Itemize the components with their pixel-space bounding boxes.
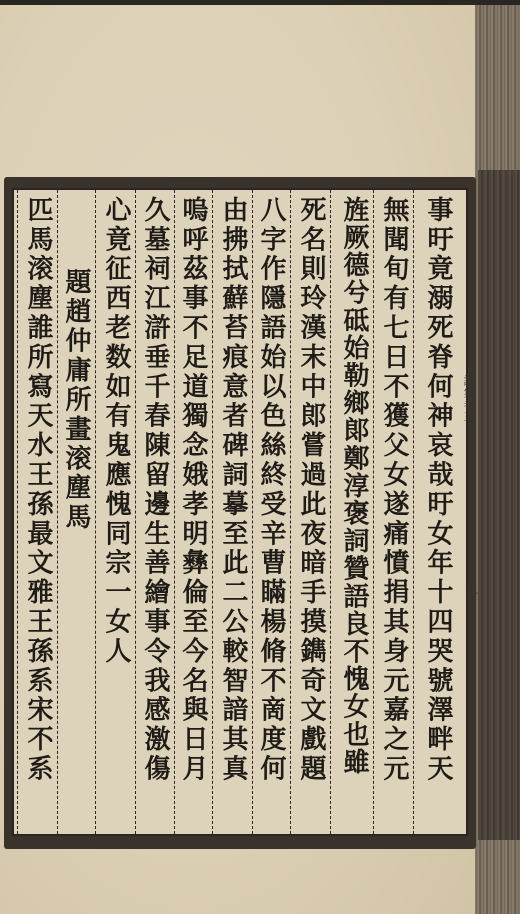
text-column-7: 嗚呼茲事不足道獨念娥孝明彝倫至今名與日月 — [174, 190, 212, 834]
column-text: 由拂拭蘚苔痕意者碑詞摹至此二公較智諳其真 — [213, 196, 252, 784]
column-text: 旌厥德兮砥始勒鄉郞鄭淳褒詞贊語良不愧女也雖 — [331, 196, 373, 776]
text-column-6: 由拂拭蘚苔痕意者碑詞摹至此二公較智諳其真 — [212, 190, 252, 834]
text-column-4: 死名則玲漢末中郎嘗過此夜暗手摸鐫奇文戲題 — [290, 190, 330, 834]
column-text: 事旴竟溺死脊何神哀哉旴女年十四哭號澤畔天 — [414, 196, 457, 784]
book-fore-edge-shadow — [478, 170, 520, 840]
text-column-10-title: 題趙仲庸所畫滚塵馬 — [57, 190, 95, 834]
column-text: 八字作隱語始以色絲終受辛曹瞞楊脩不啇度何 — [253, 196, 290, 784]
column-text: 無聞旬有七日不獲父女遂痛憤捐其身元嘉之元 — [374, 196, 413, 784]
column-text: 久墓祠江滸垂千春陳留邊生善繪事令我感激傷 — [136, 196, 174, 784]
text-column-3: 旌厥德兮砥始勒鄉郞鄭淳褒詞贊語良不愧女也雖 — [330, 190, 373, 834]
text-column-1: 事旴竟溺死脊何神哀哉旴女年十四哭號澤畔天 — [413, 190, 457, 834]
column-text: 匹馬滚塵誰所寫天水王孫最文雅王孫系宋不系 — [18, 196, 57, 784]
fold-margin-page-number: 九 — [466, 580, 478, 597]
poem-title: 題趙仲庸所畫滚塵馬 — [58, 268, 95, 533]
fold-margin-label: 詩集卷三 — [460, 375, 476, 423]
column-text: 心竟征西老数如有鬼應愧同宗一女人 — [96, 196, 135, 666]
text-column-5: 八字作隱語始以色絲終受辛曹瞞楊脩不啇度何 — [252, 190, 290, 834]
column-text: 嗚呼茲事不足道獨念娥孝明彝倫至今名與日月 — [175, 196, 212, 784]
text-column-2: 無聞旬有七日不獲父女遂痛憤捐其身元嘉之元 — [373, 190, 413, 834]
column-text: 死名則玲漢末中郎嘗過此夜暗手摸鐫奇文戲題 — [291, 196, 330, 784]
text-column-8: 久墓祠江滸垂千春陳留邊生善繪事令我感激傷 — [135, 190, 174, 834]
text-column-9: 心竟征西老数如有鬼應愧同宗一女人 — [95, 190, 135, 834]
text-column-11: 匹馬滚塵誰所寫天水王孫最文雅王孫系宋不系 — [17, 190, 57, 834]
